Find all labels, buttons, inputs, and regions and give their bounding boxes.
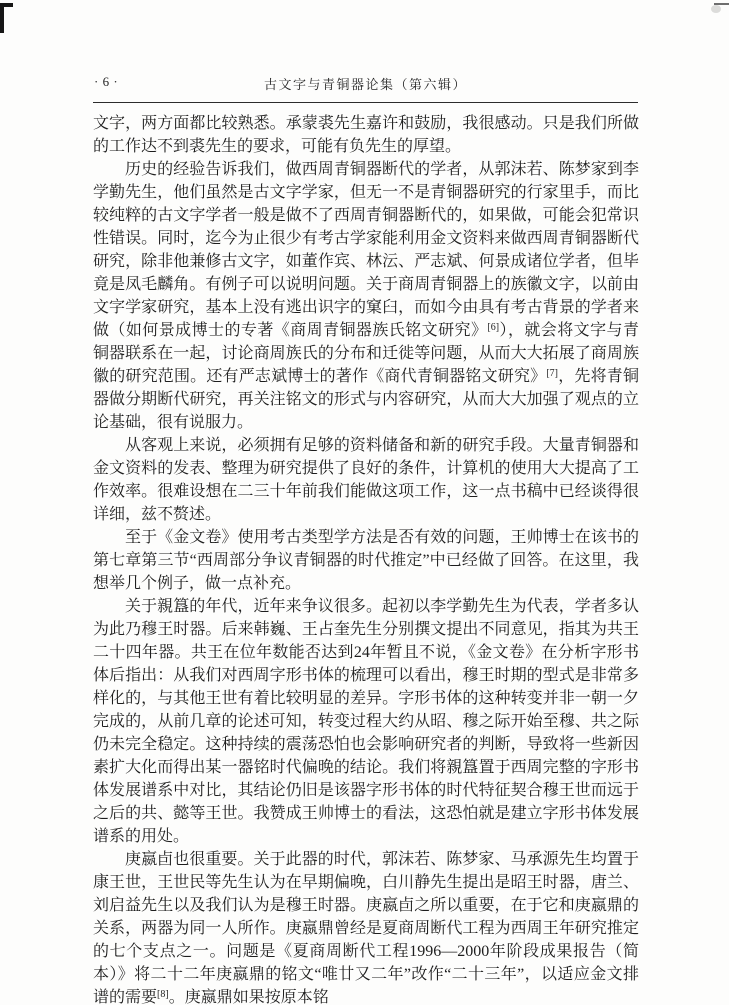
paragraph: 从客观上来说，必须拥有足够的资料储备和新的研究手段。大量青铜器和金文资料的发表、… <box>93 434 639 526</box>
paragraph: 文字，两方面都比较熟悉。承蒙裘先生嘉许和鼓励，我很感动。只是我们所做的工作达不到… <box>93 112 639 158</box>
book-title: 古文字与青铜器论集（第六辑） <box>93 74 638 93</box>
book-page: · 6 · 古文字与青铜器论集（第六辑） 文字，两方面都比较熟悉。承蒙裘先生嘉许… <box>0 0 729 1005</box>
header-rule <box>93 102 638 103</box>
scan-artifact-corner-icon <box>0 3 4 33</box>
paragraph: 至于《金文卷》使用考古类型学方法是否有效的问题，王帅博士在该书的第七章第三节“西… <box>93 526 639 595</box>
footnote-ref: [8] <box>157 989 169 1000</box>
body-text: 文字，两方面都比较熟悉。承蒙裘先生嘉许和鼓励，我很感动。只是我们所做的工作达不到… <box>93 112 639 1005</box>
footnote-ref: [6] <box>487 322 499 333</box>
page-number: · 6 · <box>94 74 118 90</box>
running-head: · 6 · 古文字与青铜器论集（第六辑） <box>93 74 638 94</box>
paragraph: 历史的经验告诉我们，做西周青铜器断代的学者，从郭沫若、陈梦家到李学勤先生，他们虽… <box>93 158 639 434</box>
scan-artifact-line <box>714 3 729 5</box>
footnote-ref: [7] <box>546 368 558 379</box>
paragraph: 庚嬴卣也很重要。关于此器的时代，郭沫若、陈梦家、马承源先生均置于康王世，王世民等… <box>93 848 639 1005</box>
scan-artifact-smudge <box>711 5 721 13</box>
paragraph: 关于親簋的年代，近年来争议很多。起初以李学勤先生为代表，学者多认为此乃穆王时器。… <box>93 595 639 848</box>
